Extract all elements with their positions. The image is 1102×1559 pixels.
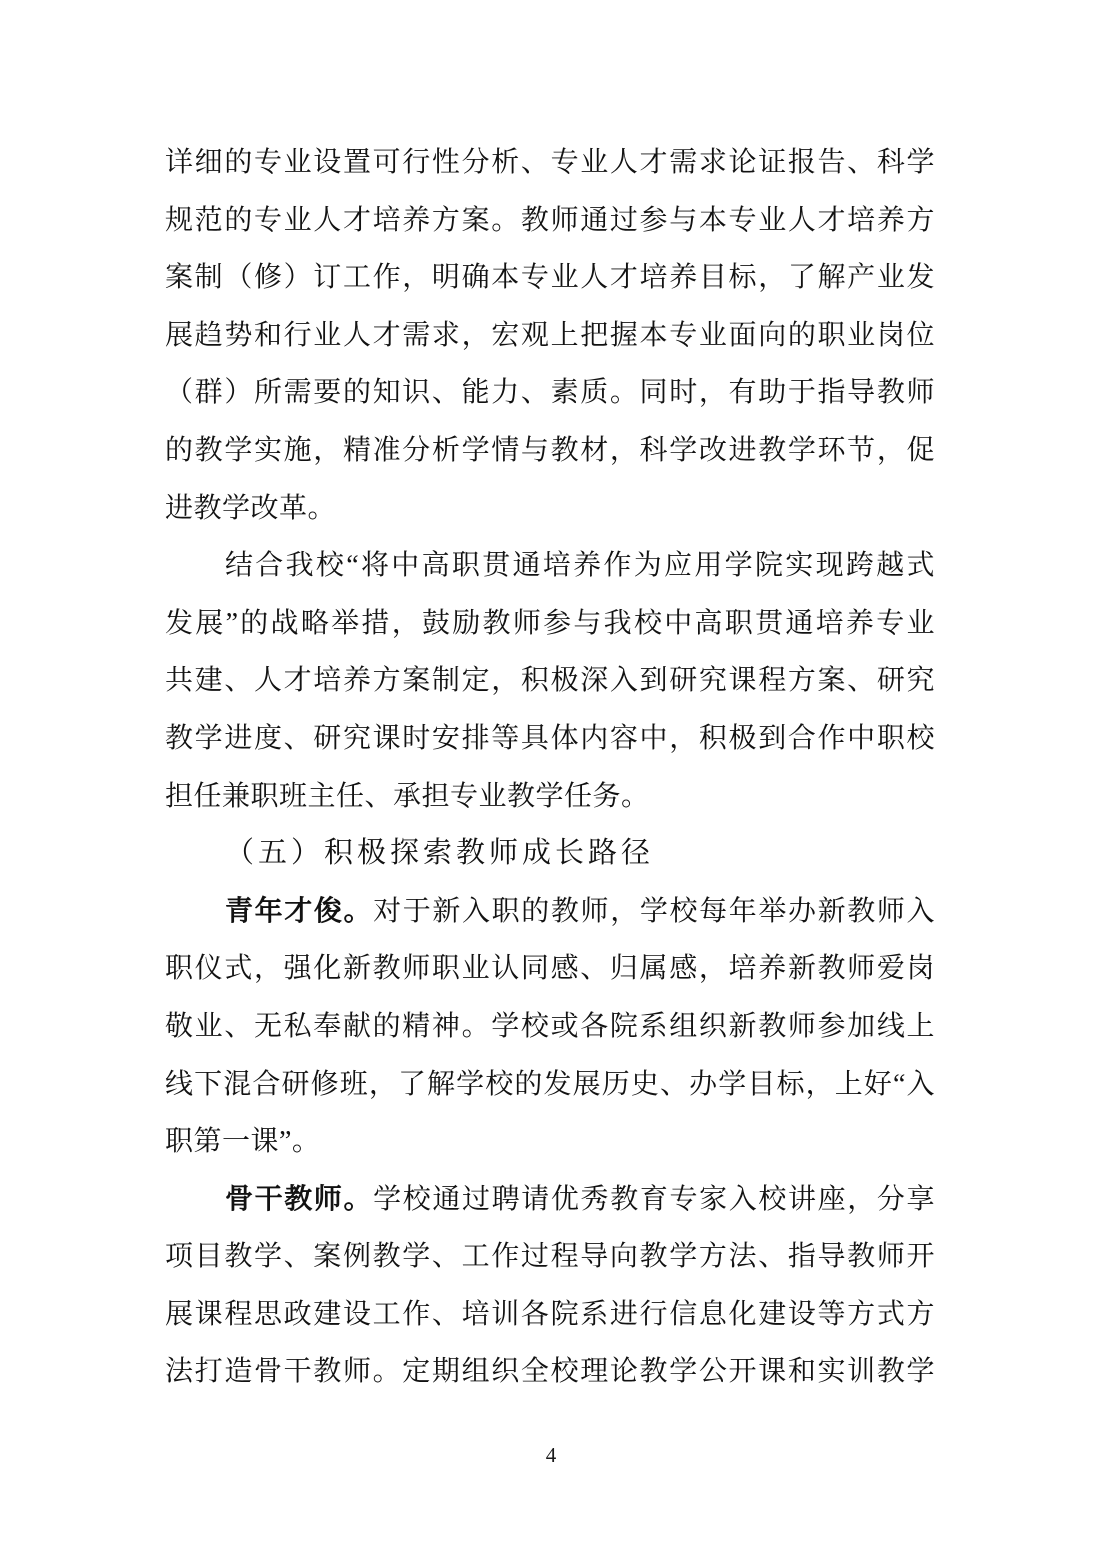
body-line: 敬业、无私奉献的精神。学校或各院系组织新教师参加线上 xyxy=(165,998,935,1056)
body-line: 教学进度、研究课时安排等具体内容中，积极到合作中职校 xyxy=(165,710,935,768)
body-line: 职第一课”。 xyxy=(165,1113,935,1171)
paragraph-lead: 骨干教师。 xyxy=(225,1184,373,1215)
body-line: 案制（修）订工作，明确本专业人才培养目标，了解产业发 xyxy=(165,249,935,307)
body-line-text: 对于新入职的教师，学校每年举办新教师入 xyxy=(373,896,935,927)
body-line: 的教学实施，精准分析学情与教材，科学改进教学环节，促 xyxy=(165,422,935,480)
document-body: 详细的专业设置可行性分析、专业人才需求论证报告、科学 规范的专业人才培养方案。教… xyxy=(165,134,935,1401)
body-line-text: 学校通过聘请优秀教育专家入校讲座，分享 xyxy=(373,1184,935,1215)
body-line: 进教学改革。 xyxy=(165,480,935,538)
paragraph-lead: 青年才俊。 xyxy=(225,896,373,927)
body-line: 职仪式，强化新教师职业认同感、归属感，培养新教师爱岗 xyxy=(165,940,935,998)
document-page: 详细的专业设置可行性分析、专业人才需求论证报告、科学 规范的专业人才培养方案。教… xyxy=(0,0,1102,1559)
body-line: 项目教学、案例教学、工作过程导向教学方法、指导教师开 xyxy=(165,1228,935,1286)
body-line: 展趋势和行业人才需求，宏观上把握本专业面向的职业岗位 xyxy=(165,307,935,365)
body-line: 规范的专业人才培养方案。教师通过参与本专业人才培养方 xyxy=(165,192,935,250)
body-line: 共建、人才培养方案制定，积极深入到研究课程方案、研究 xyxy=(165,652,935,710)
body-line: （群）所需要的知识、能力、素质。同时，有助于指导教师 xyxy=(165,364,935,422)
body-line: 线下混合研修班，了解学校的发展历史、办学目标，上好“入 xyxy=(165,1056,935,1114)
section-heading: （五）积极探索教师成长路径 xyxy=(165,825,935,883)
body-line: 展课程思政建设工作、培训各院系进行信息化建设等方式方 xyxy=(165,1286,935,1344)
body-line: 骨干教师。学校通过聘请优秀教育专家入校讲座，分享 xyxy=(165,1171,935,1229)
body-line: 青年才俊。对于新入职的教师，学校每年举办新教师入 xyxy=(165,883,935,941)
page-number: 4 xyxy=(0,1441,1102,1469)
body-line: 发展”的战略举措，鼓励教师参与我校中高职贯通培养专业 xyxy=(165,595,935,653)
body-line: 结合我校“将中高职贯通培养作为应用学院实现跨越式 xyxy=(165,537,935,595)
body-line: 详细的专业设置可行性分析、专业人才需求论证报告、科学 xyxy=(165,134,935,192)
body-line: 法打造骨干教师。定期组织全校理论教学公开课和实训教学 xyxy=(165,1343,935,1401)
body-line: 担任兼职班主任、承担专业教学任务。 xyxy=(165,768,935,826)
